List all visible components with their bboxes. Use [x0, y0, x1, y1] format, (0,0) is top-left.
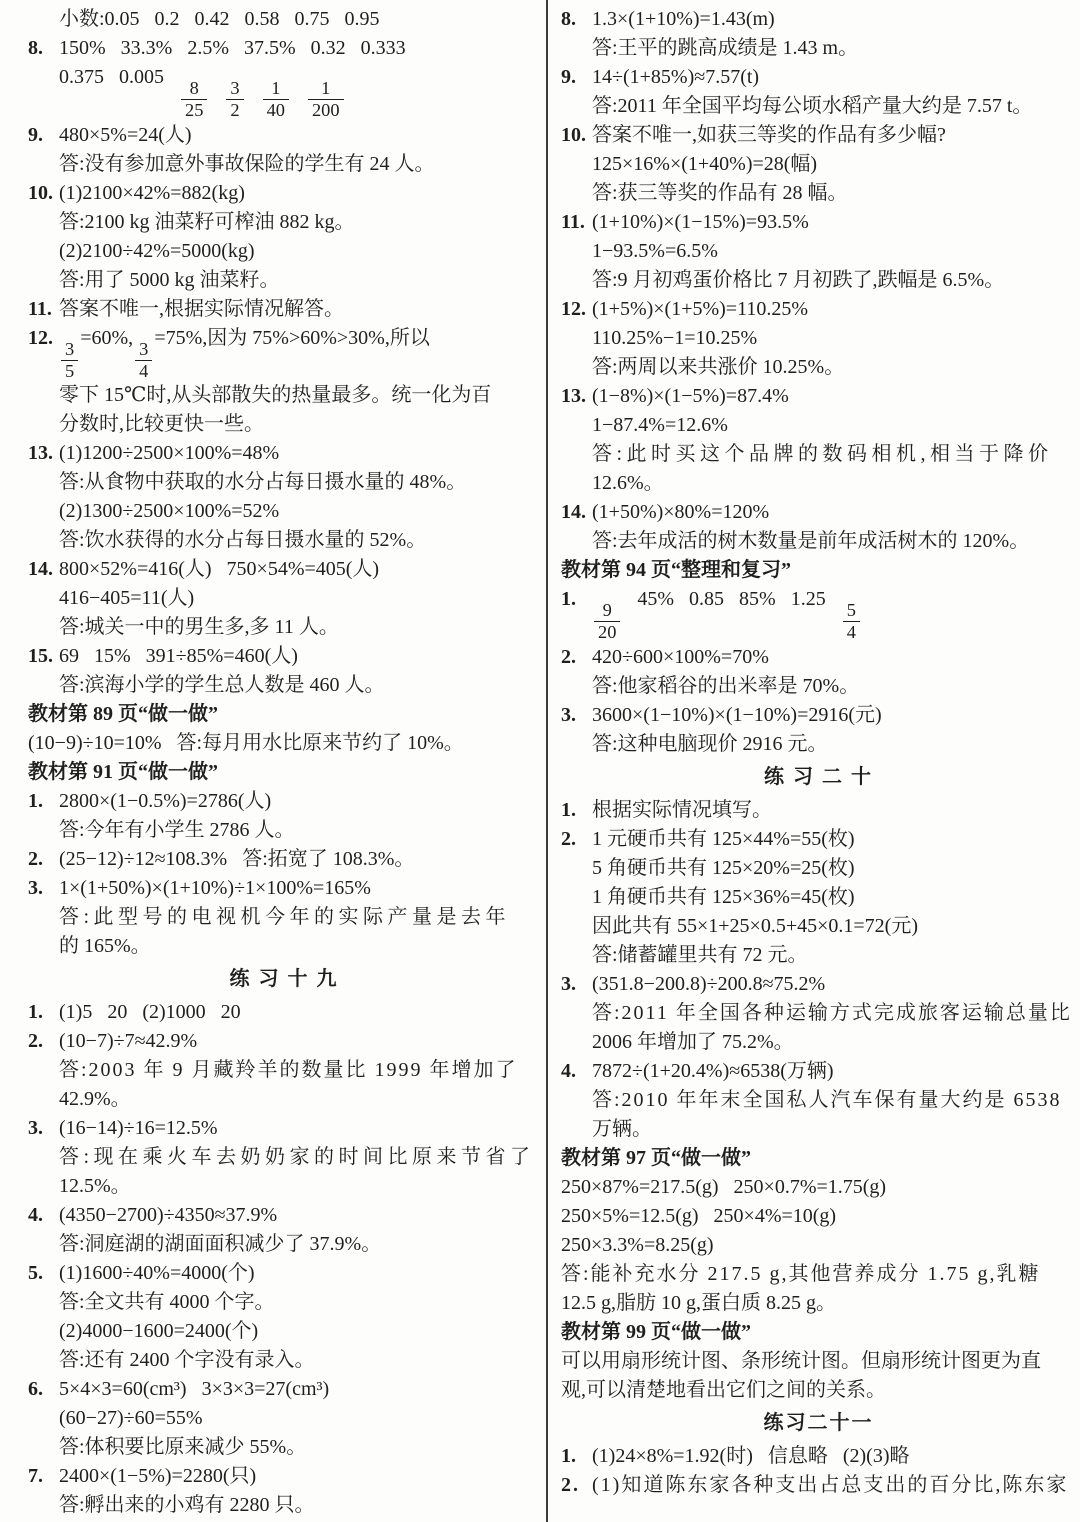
answer-item: 8.150% 33.3% 2.5% 37.5% 0.32 0.333	[28, 34, 540, 63]
line-text: (16−14)÷16=12.5%	[59, 1117, 218, 1139]
answer-item: 15.69 15% 391÷85%=460(人)	[28, 642, 540, 671]
answer-line: 答:体积要比原来减少 55%。	[28, 1433, 540, 1462]
answer-line: 答:两周以来共涨价 10.25%。	[561, 353, 1076, 382]
line-text: (4350−2700)÷4350≈37.9%	[59, 1204, 277, 1226]
line-text: 万辆。	[592, 1118, 652, 1140]
textbook-page-heading: 教材第 94 页“整理和复习”	[561, 556, 1076, 585]
answer-line: 答:饮水获得的水分占每日摄水量的 52%。	[28, 526, 540, 555]
line-text: 7872÷(1+20.4%)≈6538(万辆)	[592, 1060, 834, 1082]
answer-line: 答:2010 年年末全国私人汽车保有量大约是 6538	[561, 1086, 1076, 1115]
line-text: 250×5%=12.5(g) 250×4%=10(g)	[561, 1205, 836, 1227]
answer-line: 答:储蓄罐里共有 72 元。	[561, 941, 1076, 970]
item-number: 11.	[561, 208, 585, 237]
line-text: 35=60%,34=75%,因为 75%>60%>30%,所以	[59, 327, 430, 349]
line-text: 根据实际情况填写。	[592, 799, 772, 821]
item-number: 10.	[28, 179, 53, 208]
answer-item: 9.480×5%=24(人)	[28, 121, 540, 150]
answer-item: 2.(10−7)÷7≈42.9%	[28, 1027, 540, 1056]
answer-line: 答:获三等奖的作品有 28 幅。	[561, 179, 1076, 208]
line-text: 答:没有参加意外事故保险的学生有 24 人。	[59, 153, 435, 175]
answer-line: (60−27)÷60=55%	[28, 1404, 540, 1433]
answer-item: 13.(1−8%)×(1−5%)=87.4%	[561, 382, 1076, 411]
item-number: 3.	[561, 701, 576, 730]
fraction: 54	[843, 601, 860, 643]
item-number: 6.	[28, 1375, 43, 1404]
answer-line: 0.375 0.005 825 32 140 1200	[28, 63, 540, 121]
line-text: 答:2011 年全国平均每公顷水稻产量大约是 7.57 t。	[592, 95, 1032, 117]
answer-line: (10−9)÷10=10% 答:每月用水比原来节约了 10%。	[28, 729, 540, 758]
answer-item: 2.1 元硬币共有 125×44%=55(枚)	[561, 825, 1076, 854]
line-text: 0.375 0.005 825 32 140 1200	[59, 66, 346, 88]
answer-line: 答:城关一中的男生多,多 11 人。	[28, 613, 540, 642]
line-text: 答案不唯一,如获三等奖的作品有多少幅?	[592, 124, 946, 146]
line-text: (10−7)÷7≈42.9%	[59, 1030, 197, 1052]
line-text: 答:王平的跳高成绩是 1.43 m。	[592, 37, 858, 59]
line-text: 教材第 89 页“做一做”	[28, 703, 218, 725]
line-text: 答:体积要比原来减少 55%。	[59, 1436, 306, 1458]
line-text: 答:他家稻谷的出米率是 70%。	[592, 675, 859, 697]
answer-line: 答:9 月初鸡蛋价格比 7 月初跌了,跌幅是 6.5%。	[561, 266, 1076, 295]
textbook-page-heading: 教材第 89 页“做一做”	[28, 700, 540, 729]
answer-line: 万辆。	[561, 1115, 1076, 1144]
answer-line: 的 165%。	[28, 932, 540, 961]
exercise-heading: 练 习 十 九	[28, 961, 540, 998]
fraction: 32	[226, 79, 243, 121]
fraction: 140	[263, 79, 289, 121]
answer-item: 2.(25−12)÷12≈108.3% 答:拓宽了 108.3%。	[28, 845, 540, 874]
answer-line: 零下 15℃时,从头部散失的热量最多。统一化为百	[28, 381, 540, 410]
answer-line: 12.6%。	[561, 469, 1076, 498]
item-number: 12.	[28, 324, 53, 353]
line-text: 2400×(1−5%)=2280(只)	[59, 1465, 256, 1487]
line-text: (25−12)÷12≈108.3% 答:拓宽了 108.3%。	[59, 848, 414, 870]
answer-item: 1.2800×(1−0.5%)=2786(人)	[28, 787, 540, 816]
line-text: 12.5%。	[59, 1175, 131, 1197]
item-number: 8.	[28, 34, 43, 63]
line-text: 答:城关一中的男生多,多 11 人。	[59, 616, 339, 638]
answer-item: 12.35=60%,34=75%,因为 75%>60%>30%,所以	[28, 324, 540, 382]
line-text: (1+50%)×80%=120%	[592, 501, 769, 523]
item-number: 10.	[561, 121, 586, 150]
line-text: 69 15% 391÷85%=460(人)	[59, 645, 298, 667]
line-text: (1)1200÷2500×100%=48%	[59, 442, 279, 464]
answer-key-page: 小数:0.05 0.2 0.42 0.58 0.75 0.958.150% 33…	[0, 0, 1080, 1522]
line-text: 5×4×3=60(cm³) 3×3×3=27(cm³)	[59, 1378, 329, 1400]
answer-item: 10.(1)2100×42%=882(kg)	[28, 179, 540, 208]
line-text: 14÷(1+85%)≈7.57(t)	[592, 66, 759, 88]
answer-line: 小数:0.05 0.2 0.42 0.58 0.75 0.95	[28, 5, 540, 34]
line-text: (2)1300÷2500×100%=52%	[59, 500, 279, 522]
line-text: 答:2010 年年末全国私人汽车保有量大约是 6538	[592, 1089, 1062, 1111]
line-text: (1)5 20 (2)1000 20	[59, 1001, 241, 1023]
answer-line: 答:2003 年 9 月藏羚羊的数量比 1999 年增加了	[28, 1056, 540, 1085]
item-number: 8.	[561, 5, 576, 34]
line-text: 因此共有 55×1+25×0.5+45×0.1=72(元)	[592, 915, 918, 937]
item-number: 1.	[561, 585, 576, 614]
line-text: 答:从食物中获取的水分占每日摄水量的 48%。	[59, 471, 466, 493]
line-text: 答案不唯一,根据实际情况解答。	[59, 298, 344, 320]
line-text: 答:此时买这个品牌的数码相机,相当于降价	[592, 443, 1053, 465]
line-text: 答:2011 年全国各种运输方式完成旅客运输总量比	[592, 1002, 1072, 1024]
line-text: (351.8−200.8)÷200.8≈75.2%	[592, 973, 825, 995]
line-text: 800×52%=416(人) 750×54%=405(人)	[59, 558, 379, 580]
answer-line: 答:2011 年全国平均每公顷水稻产量大约是 7.57 t。	[561, 92, 1076, 121]
textbook-page-heading: 教材第 91 页“做一做”	[28, 758, 540, 787]
answer-line: 答:从食物中获取的水分占每日摄水量的 48%。	[28, 468, 540, 497]
fraction: 1200	[308, 79, 344, 121]
answer-line: 观,可以清楚地看出它们之间的关系。	[561, 1376, 1076, 1405]
line-text: 2800×(1−0.5%)=2786(人)	[59, 790, 271, 812]
answer-line: (2)1300÷2500×100%=52%	[28, 497, 540, 526]
line-text: 1−87.4%=12.6%	[592, 414, 728, 436]
answer-line: 1 角硬币共有 125×36%=45(枚)	[561, 883, 1076, 912]
answer-item: 10.答案不唯一,如获三等奖的作品有多少幅?	[561, 121, 1076, 150]
line-text: 答:滨海小学的学生总人数是 460 人。	[59, 674, 385, 696]
item-number: 3.	[561, 970, 576, 999]
item-number: 2.	[28, 1027, 43, 1056]
line-text: 1 元硬币共有 125×44%=55(枚)	[592, 828, 855, 850]
item-number: 4.	[561, 1057, 576, 1086]
line-text: (1)知道陈东家各种支出占总支出的百分比,陈东家	[592, 1474, 1068, 1496]
line-text: 教材第 97 页“做一做”	[561, 1147, 751, 1169]
item-number: 14.	[561, 498, 586, 527]
exercise-heading: 练 习 二 十	[561, 759, 1076, 796]
line-text: 答:现在乘火车去奶奶家的时间比原来节省了	[59, 1146, 535, 1168]
answer-item: 2.420÷600×100%=70%	[561, 643, 1076, 672]
answer-item: 14.800×52%=416(人) 750×54%=405(人)	[28, 555, 540, 584]
answer-line: 2006 年增加了 75.2%。	[561, 1028, 1076, 1057]
answer-item: 2.(1)知道陈东家各种支出占总支出的百分比,陈东家	[561, 1471, 1076, 1500]
line-text: 420÷600×100%=70%	[592, 646, 769, 668]
line-text: (1)2100×42%=882(kg)	[59, 182, 245, 204]
line-text: 42.9%。	[59, 1088, 131, 1110]
answer-line: 答:滨海小学的学生总人数是 460 人。	[28, 671, 540, 700]
answer-item: 11.答案不唯一,根据实际情况解答。	[28, 295, 540, 324]
answer-line: 答:这种电脑现价 2916 元。	[561, 730, 1076, 759]
answer-line: 答:王平的跳高成绩是 1.43 m。	[561, 34, 1076, 63]
answer-line: 5 角硬币共有 125×20%=25(枚)	[561, 854, 1076, 883]
item-number: 3.	[28, 1114, 43, 1143]
answer-item: 7.2400×(1−5%)=2280(只)	[28, 1462, 540, 1491]
line-text: 答:还有 2400 个字没有录入。	[59, 1349, 315, 1371]
answer-line: 1−93.5%=6.5%	[561, 237, 1076, 266]
answer-item: 1.(1)5 20 (2)1000 20	[28, 998, 540, 1027]
item-number: 3.	[28, 874, 43, 903]
line-text: (1−8%)×(1−5%)=87.4%	[592, 385, 789, 407]
answer-line: 可以用扇形统计图、条形统计图。但扇形统计图更为直	[561, 1347, 1076, 1376]
line-text: (1+10%)×(1−15%)=93.5%	[592, 211, 809, 233]
line-text: (2)4000−1600=2400(个)	[59, 1320, 258, 1342]
answer-item: 5.(1)1600÷40%=4000(个)	[28, 1259, 540, 1288]
answer-item: 4.(4350−2700)÷4350≈37.9%	[28, 1201, 540, 1230]
line-text: 416−405=11(人)	[59, 587, 194, 609]
answer-line: 答:洞庭湖的湖面面积减少了 37.9%。	[28, 1230, 540, 1259]
line-text: 答:去年成活的树木数量是前年成活树木的 120%。	[592, 530, 1029, 552]
answer-item: 3.(16−14)÷16=12.5%	[28, 1114, 540, 1143]
textbook-page-heading: 教材第 99 页“做一做”	[561, 1318, 1076, 1347]
fraction: 35	[61, 340, 78, 382]
item-number: 1.	[28, 998, 43, 1027]
line-text: 答:能补充水分 217.5 g,其他营养成分 1.75 g,乳糖	[561, 1263, 1041, 1285]
line-text: 零下 15℃时,从头部散失的热量最多。统一化为百	[59, 384, 491, 406]
answer-item: 3.3600×(1−10%)×(1−10%)=2916(元)	[561, 701, 1076, 730]
answer-line: 答:他家稻谷的出米率是 70%。	[561, 672, 1076, 701]
line-text: (10−9)÷10=10% 答:每月用水比原来节约了 10%。	[28, 732, 464, 754]
answer-line: 110.25%−1=10.25%	[561, 324, 1076, 353]
answer-line: 因此共有 55×1+25×0.5+45×0.1=72(元)	[561, 912, 1076, 941]
line-text: 答:2100 kg 油菜籽可榨油 882 kg。	[59, 211, 355, 233]
line-text: 答:两周以来共涨价 10.25%。	[592, 356, 844, 378]
fraction: 920	[594, 601, 620, 643]
line-text: 1 角硬币共有 125×36%=45(枚)	[592, 886, 855, 908]
answer-line: 12.5%。	[28, 1172, 540, 1201]
line-text: 教材第 91 页“做一做”	[28, 761, 218, 783]
answer-item: 8.1.3×(1+10%)=1.43(m)	[561, 5, 1076, 34]
item-number: 5.	[28, 1259, 43, 1288]
line-text: 练 习 二 十	[764, 766, 873, 788]
answer-line: 答:此时买这个品牌的数码相机,相当于降价	[561, 440, 1076, 469]
line-text: 小数:0.05 0.2 0.42 0.58 0.75 0.95	[59, 8, 380, 30]
item-number: 2.	[561, 1471, 580, 1500]
line-text: 答:洞庭湖的湖面面积减少了 37.9%。	[59, 1233, 381, 1255]
line-text: 答:此型号的电视机今年的实际产量是去年	[59, 906, 510, 928]
line-text: 答:这种电脑现价 2916 元。	[592, 733, 828, 755]
line-text: 12.6%。	[592, 472, 664, 494]
item-number: 2.	[28, 845, 43, 874]
answer-line: 250×5%=12.5(g) 250×4%=10(g)	[561, 1202, 1076, 1231]
right-column: 8.1.3×(1+10%)=1.43(m)答:王平的跳高成绩是 1.43 m。9…	[546, 0, 1080, 1522]
answer-line: 250×3.3%=8.25(g)	[561, 1231, 1076, 1260]
answer-item: 9.14÷(1+85%)≈7.57(t)	[561, 63, 1076, 92]
line-text: 150% 33.3% 2.5% 37.5% 0.32 0.333	[59, 37, 406, 59]
fraction: 825	[181, 79, 207, 121]
line-text: 观,可以清楚地看出它们之间的关系。	[561, 1379, 886, 1401]
answer-line: 答:2100 kg 油菜籽可榨油 882 kg。	[28, 208, 540, 237]
line-text: 答:饮水获得的水分占每日摄水量的 52%。	[59, 529, 426, 551]
line-text: 答:9 月初鸡蛋价格比 7 月初跌了,跌幅是 6.5%。	[592, 269, 1004, 291]
line-text: 教材第 94 页“整理和复习”	[561, 559, 791, 581]
line-text: 12.5 g,脂肪 10 g,蛋白质 8.25 g。	[561, 1292, 836, 1314]
item-number: 13.	[561, 382, 586, 411]
line-text: 答:用了 5000 kg 油菜籽。	[59, 269, 280, 291]
item-number: 12.	[561, 295, 586, 324]
item-number: 2.	[561, 643, 576, 672]
answer-line: 分数时,比较更快一些。	[28, 410, 540, 439]
answer-line: 答:今年有小学生 2786 人。	[28, 816, 540, 845]
item-number: 11.	[28, 295, 52, 324]
answer-item: 13.(1)1200÷2500×100%=48%	[28, 439, 540, 468]
answer-line: 答:没有参加意外事故保险的学生有 24 人。	[28, 150, 540, 179]
answer-item: 4.7872÷(1+20.4%)≈6538(万辆)	[561, 1057, 1076, 1086]
line-text: 3600×(1−10%)×(1−10%)=2916(元)	[592, 704, 882, 726]
answer-line: 12.5 g,脂肪 10 g,蛋白质 8.25 g。	[561, 1289, 1076, 1318]
line-text: 可以用扇形统计图、条形统计图。但扇形统计图更为直	[561, 1350, 1041, 1372]
item-number: 2.	[561, 825, 576, 854]
line-text: (2)2100÷42%=5000(kg)	[59, 240, 255, 262]
item-number: 9.	[28, 121, 43, 150]
answer-item: 1.(1)24×8%=1.92(时) 信息略 (2)(3)略	[561, 1442, 1076, 1471]
answer-line: 125×16%×(1+40%)=28(幅)	[561, 150, 1076, 179]
line-text: 125×16%×(1+40%)=28(幅)	[592, 153, 817, 175]
exercise-heading: 练习二十一	[561, 1405, 1076, 1442]
line-text: 250×87%=217.5(g) 250×0.7%=1.75(g)	[561, 1176, 886, 1198]
answer-line: 答:还有 2400 个字没有录入。	[28, 1346, 540, 1375]
item-number: 1.	[561, 1442, 576, 1471]
answer-line: 答:能补充水分 217.5 g,其他营养成分 1.75 g,乳糖	[561, 1260, 1076, 1289]
line-text: 的 165%。	[59, 935, 151, 957]
line-text: 练 习 十 九	[230, 968, 339, 990]
line-text: (1+5%)×(1+5%)=110.25%	[592, 298, 808, 320]
answer-line: 答:现在乘火车去奶奶家的时间比原来节省了	[28, 1143, 540, 1172]
answer-line: 1−87.4%=12.6%	[561, 411, 1076, 440]
left-column: 小数:0.05 0.2 0.42 0.58 0.75 0.958.150% 33…	[0, 0, 546, 1522]
answer-line: 答:全文共有 4000 个字。	[28, 1288, 540, 1317]
line-text: 答:今年有小学生 2786 人。	[59, 819, 295, 841]
item-number: 7.	[28, 1462, 43, 1491]
item-number: 13.	[28, 439, 53, 468]
line-text: 答:全文共有 4000 个字。	[59, 1291, 275, 1313]
line-text: 1.3×(1+10%)=1.43(m)	[592, 8, 775, 30]
answer-item: 14.(1+50%)×80%=120%	[561, 498, 1076, 527]
item-number: 15.	[28, 642, 53, 671]
line-text: 5 角硬币共有 125×20%=25(枚)	[592, 857, 855, 879]
line-text: 答:储蓄罐里共有 72 元。	[592, 944, 808, 966]
item-number: 9.	[561, 63, 576, 92]
line-text: 250×3.3%=8.25(g)	[561, 1234, 714, 1256]
textbook-page-heading: 教材第 97 页“做一做”	[561, 1144, 1076, 1173]
answer-line: (2)4000−1600=2400(个)	[28, 1317, 540, 1346]
answer-item: 1.920 45% 0.85 85% 1.25 54	[561, 585, 1076, 643]
line-text: 答:2003 年 9 月藏羚羊的数量比 1999 年增加了	[59, 1059, 518, 1081]
answer-item: 3.(351.8−200.8)÷200.8≈75.2%	[561, 970, 1076, 999]
answer-line: 416−405=11(人)	[28, 584, 540, 613]
line-text: 1×(1+50%)×(1+10%)÷1×100%=165%	[59, 877, 371, 899]
item-number: 1.	[28, 787, 43, 816]
line-text: (60−27)÷60=55%	[59, 1407, 203, 1429]
item-number: 4.	[28, 1201, 43, 1230]
answer-line: 答:去年成活的树木数量是前年成活树木的 120%。	[561, 527, 1076, 556]
answer-line: 答:2011 年全国各种运输方式完成旅客运输总量比	[561, 999, 1076, 1028]
line-text: 2006 年增加了 75.2%。	[592, 1031, 794, 1053]
item-number: 1.	[561, 796, 576, 825]
item-number: 14.	[28, 555, 53, 584]
answer-item: 3.1×(1+50%)×(1+10%)÷1×100%=165%	[28, 874, 540, 903]
fraction: 34	[135, 340, 152, 382]
answer-line: 答:孵出来的小鸡有 2280 只。	[28, 1491, 540, 1520]
line-text: 480×5%=24(人)	[59, 124, 192, 146]
answer-item: 1.根据实际情况填写。	[561, 796, 1076, 825]
line-text: (1)24×8%=1.92(时) 信息略 (2)(3)略	[592, 1445, 910, 1467]
line-text: 分数时,比较更快一些。	[59, 413, 264, 435]
answer-item: 6.5×4×3=60(cm³) 3×3×3=27(cm³)	[28, 1375, 540, 1404]
answer-line: 答:用了 5000 kg 油菜籽。	[28, 266, 540, 295]
line-text: (1)1600÷40%=4000(个)	[59, 1262, 255, 1284]
line-text: 教材第 99 页“做一做”	[561, 1321, 751, 1343]
answer-line: 42.9%。	[28, 1085, 540, 1114]
line-text: 答:孵出来的小鸡有 2280 只。	[59, 1494, 315, 1516]
answer-line: 250×87%=217.5(g) 250×0.7%=1.75(g)	[561, 1173, 1076, 1202]
answer-line: 答:此型号的电视机今年的实际产量是去年	[28, 903, 540, 932]
line-text: 110.25%−1=10.25%	[592, 327, 757, 349]
line-text: 答:获三等奖的作品有 28 幅。	[592, 182, 848, 204]
answer-item: 12.(1+5%)×(1+5%)=110.25%	[561, 295, 1076, 324]
line-text: 1−93.5%=6.5%	[592, 240, 718, 262]
answer-item: 11.(1+10%)×(1−15%)=93.5%	[561, 208, 1076, 237]
line-text: 920 45% 0.85 85% 1.25 54	[592, 588, 862, 610]
line-text: 练习二十一	[764, 1412, 874, 1434]
answer-line: (2)2100÷42%=5000(kg)	[28, 237, 540, 266]
